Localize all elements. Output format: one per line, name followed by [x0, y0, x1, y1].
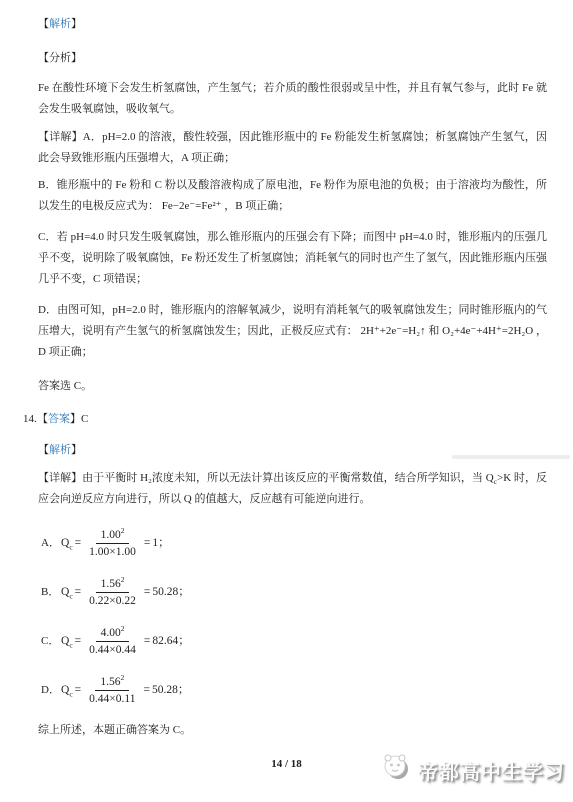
- jiexi-label: 解析: [49, 18, 71, 30]
- bracket-close: 】: [70, 413, 81, 425]
- numerator: 4.002: [96, 625, 130, 642]
- fraction: 4.002 0.44×0.44: [87, 625, 138, 658]
- fraction: 1.562 0.22×0.22: [87, 576, 138, 609]
- conclusion-line: 综上所述，本题正确答案为 C。: [38, 720, 547, 741]
- marker-fenxi: 【分析】: [38, 48, 547, 69]
- option-equation-b: B． Qc = 1.562 0.22×0.22 = 50.28；: [41, 571, 547, 613]
- marker-jiexi-13: 【解析】: [38, 14, 547, 35]
- bracket-close: 】: [71, 18, 82, 30]
- equals-sign: =: [142, 631, 153, 652]
- equals-sign: =: [142, 582, 153, 603]
- result-value: 1；: [152, 533, 169, 554]
- numerator: 1.562: [96, 576, 130, 593]
- answer-line-13: 答案选 C。: [38, 376, 547, 397]
- bracket-open: 【: [38, 444, 49, 456]
- paragraph-detail-14: 【详解】由于平衡时 H₂浓度未知，所以无法计算出该反应的平衡常数值，结合所学知识…: [38, 468, 547, 510]
- qc-symbol: Q: [486, 472, 494, 484]
- question-14-answer-row: 14. 【答案】C: [38, 409, 547, 430]
- option-equation-a: A． Qc = 1.002 1.00×1.00 = 1；: [41, 522, 547, 564]
- answer-value: C: [81, 413, 88, 425]
- bracket-open: 【: [37, 413, 48, 425]
- equals-sign: =: [73, 631, 84, 652]
- option-label: B．: [41, 582, 61, 603]
- scan-artifact: [452, 455, 570, 459]
- equals-sign: =: [73, 582, 84, 603]
- option-equation-d: D． Qc = 1.562 0.44×0.11 = 50.28；: [41, 669, 547, 711]
- numerator: 1.562: [95, 674, 129, 691]
- qc-symbol: Qc: [61, 533, 73, 554]
- option-equation-c: C． Qc = 4.002 0.44×0.44 = 82.64；: [41, 620, 547, 662]
- bracket-open: 【: [38, 18, 49, 30]
- result-value: 82.64；: [152, 631, 189, 652]
- result-value: 50.28；: [152, 582, 189, 603]
- bracket-close: 】: [71, 444, 82, 456]
- daan-label: 答案: [48, 413, 70, 425]
- question-number: 14.: [23, 409, 37, 430]
- option-label: C．: [41, 631, 61, 652]
- qc-symbol: Qc: [61, 680, 73, 701]
- equals-sign: =: [73, 680, 84, 701]
- denominator: 0.44×0.11: [87, 691, 137, 707]
- paragraph-detail-d: D．由图可知，pH=2.0 时，锥形瓶内的溶解氧减少，说明有消耗氧气的吸氧腐蚀发…: [38, 300, 547, 363]
- paragraph-analysis: Fe 在酸性环境下会发生析氢腐蚀，产生氢气；若介质的酸性很弱或呈中性，并且有氧气…: [38, 78, 547, 120]
- paragraph-detail-b: B．锥形瓶中的 Fe 粉和 C 粉以及酸溶液构成了原电池，Fe 粉作为原电池的负…: [38, 175, 547, 217]
- equals-sign: =: [141, 680, 152, 701]
- jiexi-label: 解析: [49, 444, 71, 456]
- equation: Qc = 4.002 0.44×0.44 = 82.64；: [61, 625, 190, 658]
- answer-marker: 【答案】C: [37, 409, 88, 430]
- watermark-logo-icon: [381, 752, 411, 789]
- equals-sign: =: [73, 533, 84, 554]
- equation: Qc = 1.562 0.22×0.22 = 50.28；: [61, 576, 190, 609]
- denominator: 1.00×1.00: [87, 544, 138, 560]
- denominator: 0.44×0.44: [87, 642, 138, 658]
- equation: Qc = 1.002 1.00×1.00 = 1；: [61, 527, 170, 560]
- denominator: 0.22×0.22: [87, 593, 138, 609]
- equation: Qc = 1.562 0.44×0.11 = 50.28；: [61, 674, 189, 707]
- result-value: 50.28；: [152, 680, 189, 701]
- fraction: 1.562 0.44×0.11: [87, 674, 137, 707]
- qc-symbol: Qc: [61, 631, 73, 652]
- fraction: 1.002 1.00×1.00: [87, 527, 138, 560]
- qc-symbol: Qc: [61, 582, 73, 603]
- numerator: 1.002: [96, 527, 130, 544]
- option-label: D．: [41, 680, 61, 701]
- watermark-text: 帝都高中生学习: [418, 756, 565, 785]
- document-page: 【解析】 【分析】 Fe 在酸性环境下会发生析氢腐蚀，产生氢气；若介质的酸性很弱…: [0, 0, 573, 802]
- equals-sign: =: [142, 533, 153, 554]
- detail-text-part1: 【详解】由于平衡时 H₂浓度未知，所以无法计算出该反应的平衡常数值，结合所学知识…: [38, 472, 486, 484]
- option-label: A．: [41, 533, 61, 554]
- watermark: 帝都高中生学习: [381, 752, 565, 789]
- document-content: 【解析】 【分析】 Fe 在酸性环境下会发生析氢腐蚀，产生氢气；若介质的酸性很弱…: [38, 0, 547, 741]
- paragraph-detail-a: 【详解】A．pH=2.0 的溶液，酸性较强，因此锥形瓶中的 Fe 粉能发生析氢腐…: [38, 127, 547, 169]
- paragraph-detail-c: C．若 pH=4.0 时只发生吸氧腐蚀，那么锥形瓶内的压强会有下降；而图中 pH…: [38, 227, 547, 290]
